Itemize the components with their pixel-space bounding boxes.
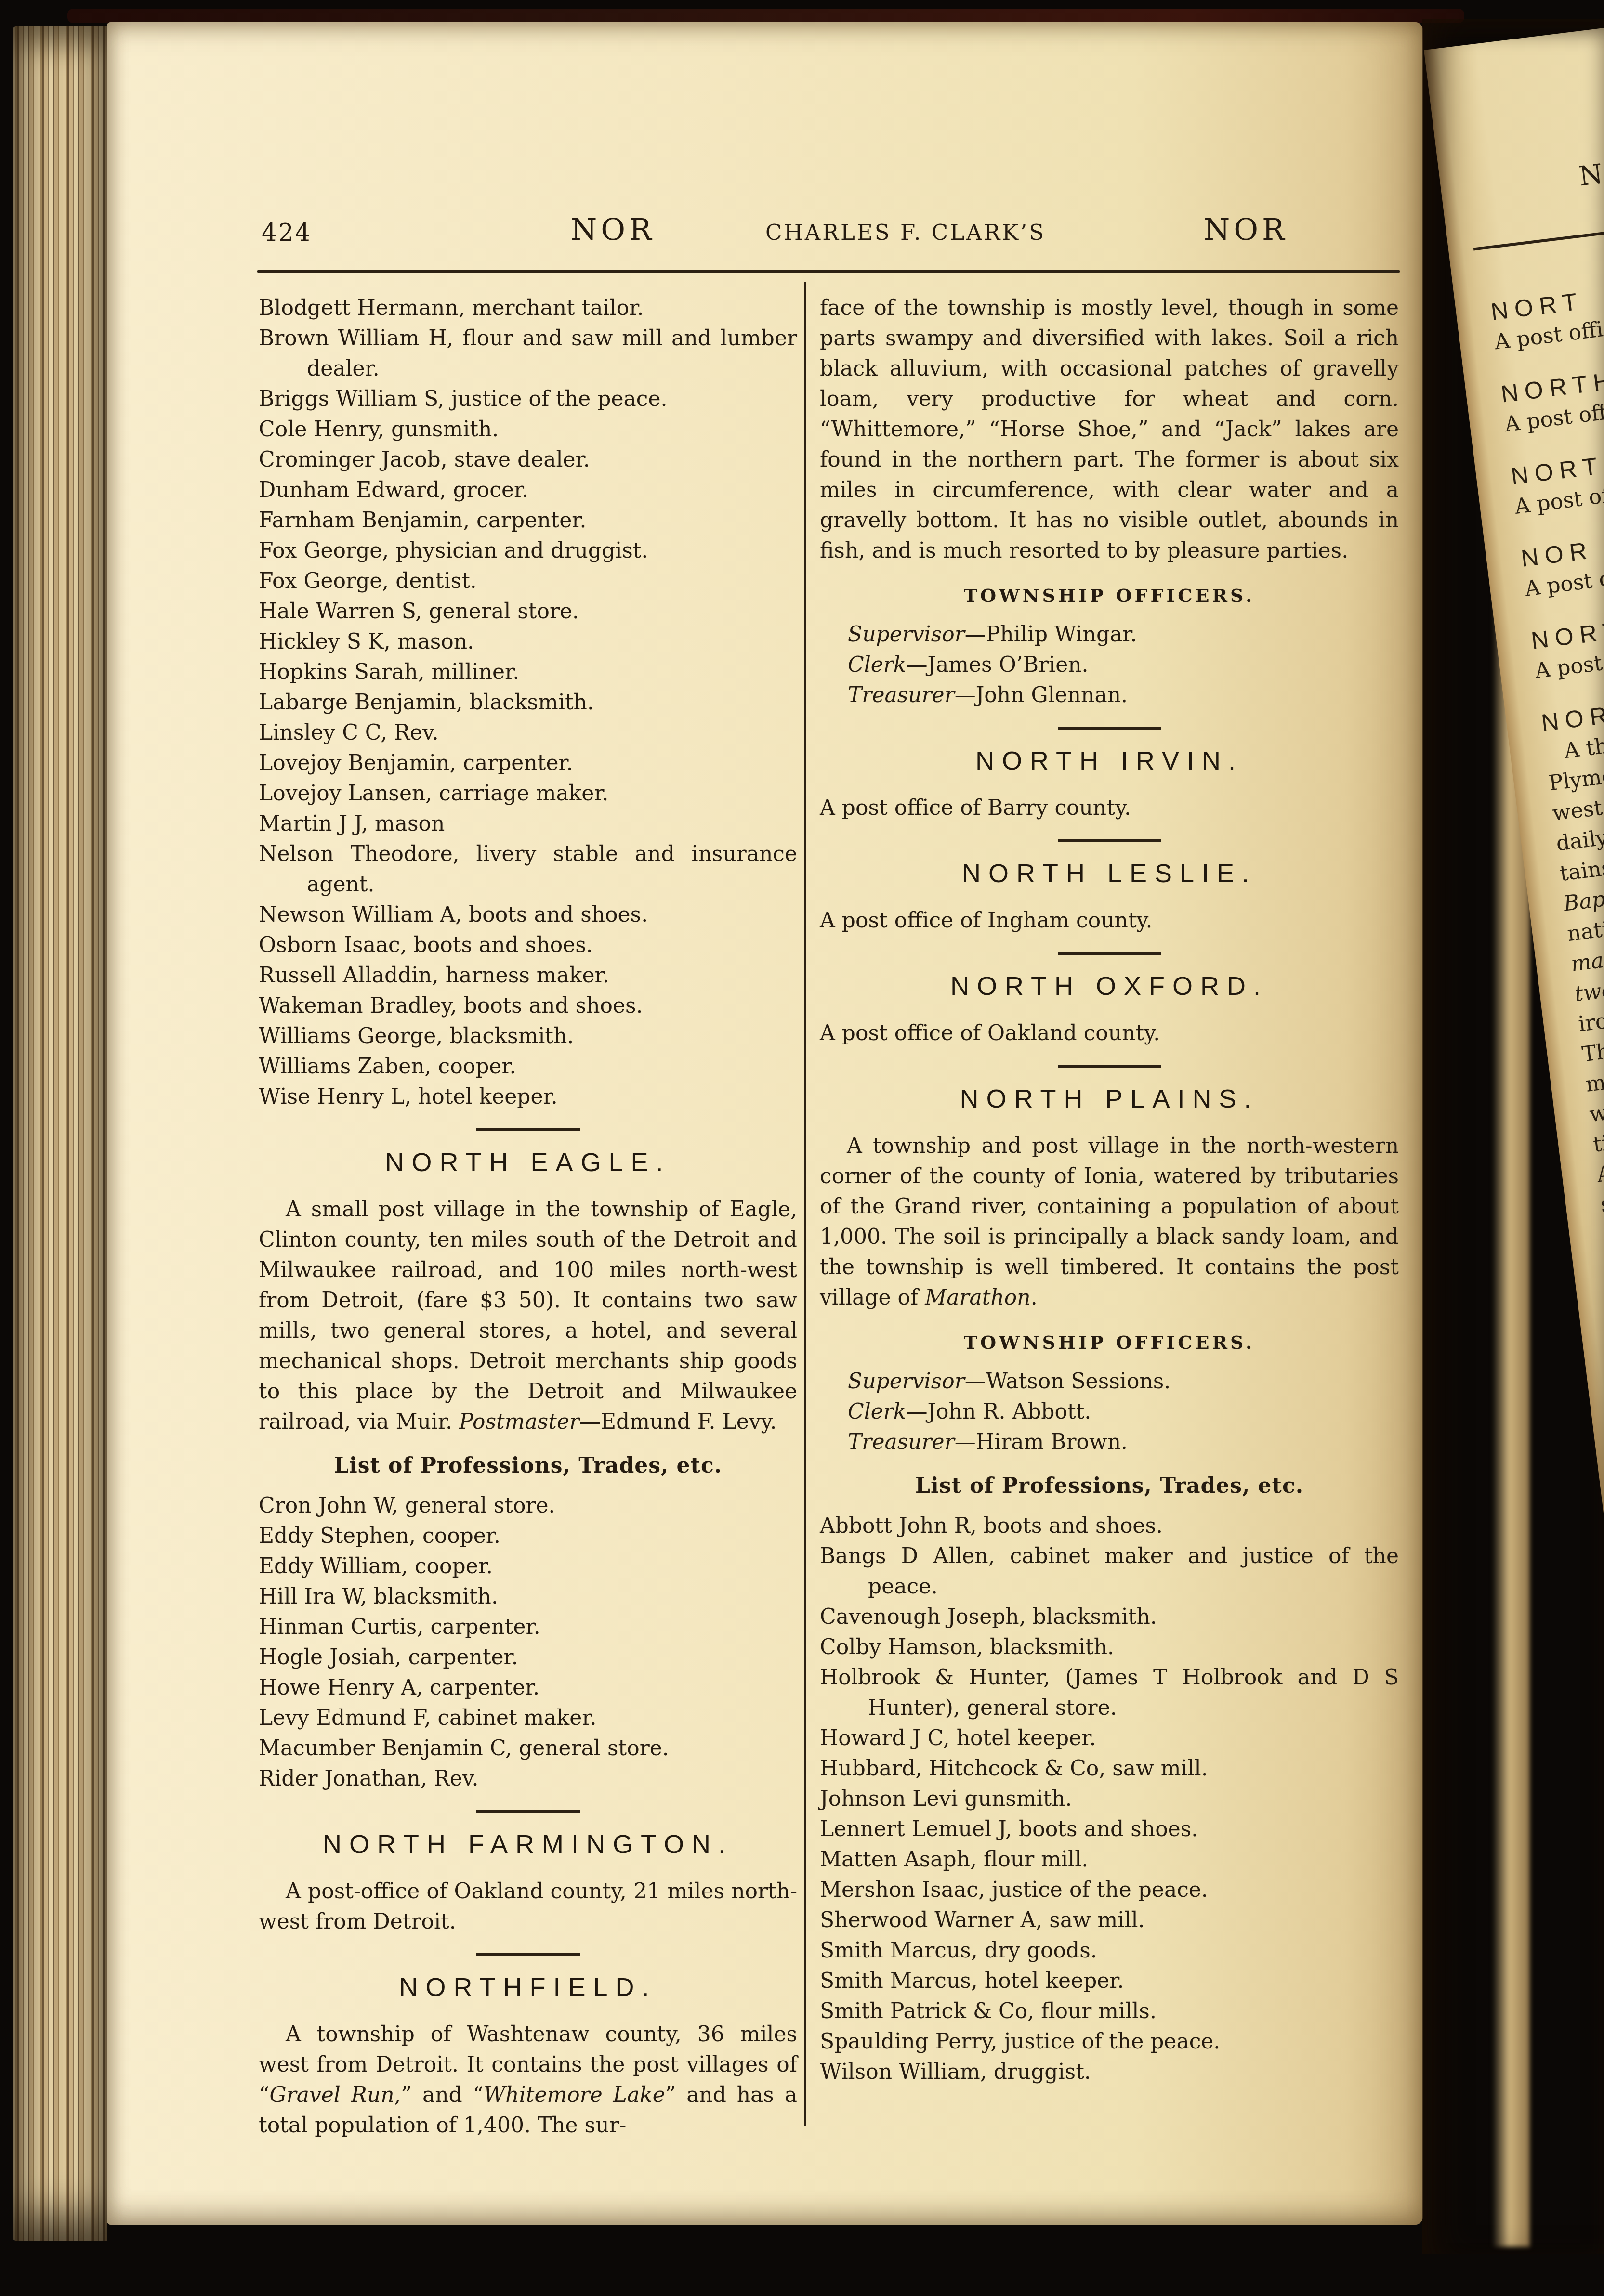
directory-entry: Hogle Josiah, carpenter.	[259, 1642, 797, 1672]
list-heading: List of Professions, Trades, etc.	[820, 1471, 1399, 1501]
scanned-book-page: 424 NOR CHARLES F. CLARK’S NOR Blodgett …	[0, 0, 1604, 2296]
section-heading-north-plains: NORTH PLAINS.	[820, 1084, 1399, 1114]
directory-entry: Levy Edmund F, cabinet maker.	[259, 1703, 797, 1733]
directory-entry: Dunham Edward, grocer.	[259, 475, 797, 505]
officer-name: —James O’Brien.	[906, 652, 1088, 677]
page-header: 424 NOR CHARLES F. CLARK’S NOR	[259, 211, 1400, 254]
directory-entry: Williams Zaben, cooper.	[259, 1051, 797, 1082]
guide-word-left: NOR	[571, 212, 656, 247]
directory-entry: Wise Henry L, hotel keeper.	[259, 1082, 797, 1112]
directory-entry: Hopkins Sarah, milliner.	[259, 657, 797, 687]
directory-entry: Hale Warren S, general store.	[259, 596, 797, 626]
directory-entry: Eddy William, cooper.	[259, 1551, 797, 1581]
section-divider	[476, 1810, 580, 1813]
directory-entry: Nelson Theodore, livery stable and insur…	[259, 839, 797, 900]
village-name-italic: Whitemore Lake	[484, 2083, 665, 2107]
book-cover-edge	[67, 9, 1464, 23]
directory-entry: Cole Henry, gunsmith.	[259, 414, 797, 444]
directory-entry: Briggs William S, justice of the peace.	[259, 384, 797, 414]
directory-entry: Osborn Isaac, boots and shoes.	[259, 930, 797, 960]
north-eagle-paragraph: A small post village in the township of …	[259, 1194, 797, 1437]
column-divider-rule	[804, 282, 806, 2126]
directory-entry: Johnson Levi gunsmith.	[820, 1784, 1399, 1814]
section-heading-north-oxford: NORTH OXFORD.	[820, 971, 1399, 1002]
north-irvin-paragraph: A post office of Barry county.	[820, 793, 1399, 823]
directory-entry: Smith Patrick & Co, flour mills.	[820, 1996, 1399, 2026]
next-page-sheet: NOR NORTA post office of INORTH RA post …	[1424, 19, 1604, 2192]
north-leslie-paragraph: A post office of Ingham county.	[820, 905, 1399, 936]
right-column: face of the township is mostly level, th…	[820, 293, 1399, 2087]
directory-entry: Lovejoy Benjamin, carpenter.	[259, 748, 797, 778]
directory-entry: Lovejoy Lansen, carriage maker.	[259, 778, 797, 809]
township-officers-list: Supervisor—Philip Wingar.Clerk—James O’B…	[820, 619, 1399, 710]
village-name-italic: Gravel Run	[270, 2083, 394, 2107]
book-title: CHARLES F. CLARK’S	[765, 220, 1046, 245]
postmaster-label: Postmaster	[459, 1409, 579, 1434]
directory-entry: Hickley S K, mason.	[259, 626, 797, 657]
directory-entry: Matten Asaph, flour mill.	[820, 1844, 1399, 1875]
next-page-sliver: NOR NORTA post office of INORTH RA post …	[1422, 19, 1604, 2254]
section-heading-north-farmington: NORTH FARMINGTON.	[259, 1829, 797, 1860]
directory-list-norvell: Blodgett Hermann, merchant tailor.Brown …	[259, 293, 797, 1112]
left-page: 424 NOR CHARLES F. CLARK’S NOR Blodgett …	[107, 22, 1423, 2225]
directory-entry: Crominger Jacob, stave dealer.	[259, 444, 797, 475]
directory-entry: Sherwood Warner A, saw mill.	[820, 1905, 1399, 1935]
officer-role: Treasurer	[848, 683, 955, 707]
binding-page-edges	[13, 26, 107, 2241]
directory-entry: Blodgett Hermann, merchant tailor.	[259, 293, 797, 323]
officer-name: —John R. Abbott.	[906, 1399, 1091, 1424]
section-divider	[1058, 727, 1161, 730]
section-heading-northfield: NORTHFIELD.	[259, 1972, 797, 2003]
north-farmington-paragraph: A post-office of Oakland county, 21 mile…	[259, 1876, 797, 1937]
directory-entry: Smith Marcus, hotel keeper.	[820, 1966, 1399, 1996]
township-officers-heading: TOWNSHIP OFFICERS.	[820, 580, 1399, 611]
officer-entry: Supervisor—Watson Sessions.	[820, 1366, 1399, 1396]
section-heading-north-irvin: NORTH IRVIN.	[820, 746, 1399, 776]
directory-entry: Wakeman Bradley, boots and shoes.	[259, 991, 797, 1021]
directory-entry: Linsley C C, Rev.	[259, 717, 797, 748]
section-divider	[476, 1953, 580, 1956]
directory-entry: Wilson William, druggist.	[820, 2057, 1399, 2087]
directory-entry: Brown William H, flour and saw mill and …	[259, 323, 797, 384]
directory-list-north-plains: Abbott John R, boots and shoes.Bangs D A…	[820, 1511, 1399, 2087]
text-segment: A small post village in the township of …	[259, 1197, 797, 1434]
directory-entry: Smith Marcus, dry goods.	[820, 1935, 1399, 1966]
postmaster-name: —Edmund F. Levy.	[579, 1409, 777, 1434]
directory-entry: Newson William A, boots and shoes.	[259, 900, 797, 930]
directory-entry: Howard J C, hotel keeper.	[820, 1723, 1399, 1753]
directory-entry: Lennert Lemuel J, boots and shoes.	[820, 1814, 1399, 1844]
directory-entry: Bangs D Allen, cabinet maker and justice…	[820, 1541, 1399, 1602]
officer-role: Supervisor	[848, 1369, 965, 1394]
directory-entry: Hill Ira W, blacksmith.	[259, 1581, 797, 1612]
village-name-italic: Marathon	[925, 1285, 1030, 1310]
northfield-paragraph: A township of Washtenaw county, 36 miles…	[259, 2019, 797, 2140]
officer-entry: Supervisor—Philip Wingar.	[820, 619, 1399, 650]
next-page-text-column: NORTA post office of INORTH RA post offi…	[1486, 236, 1604, 2023]
directory-entry: Rider Jonathan, Rev.	[259, 1763, 797, 1794]
section-heading-north-leslie: NORTH LESLIE.	[820, 859, 1399, 889]
northfield-continued-paragraph: face of the township is mostly level, th…	[820, 293, 1399, 566]
officer-entry: Clerk—John R. Abbott.	[820, 1396, 1399, 1427]
directory-entry: Martin J J, mason	[259, 809, 797, 839]
section-divider	[1058, 952, 1161, 955]
text-segment: A township and post village in the north…	[820, 1134, 1399, 1310]
directory-entry: Hubbard, Hitchcock & Co, saw mill.	[820, 1753, 1399, 1784]
township-officers-list: Supervisor—Watson Sessions.Clerk—John R.…	[820, 1366, 1399, 1457]
directory-entry: Russell Alladdin, harness maker.	[259, 960, 797, 991]
directory-entry: Macumber Benjamin C, general store.	[259, 1733, 797, 1763]
directory-entry: Williams George, blacksmith.	[259, 1021, 797, 1051]
directory-entry: Eddy Stephen, cooper.	[259, 1521, 797, 1551]
left-column: Blodgett Hermann, merchant tailor.Brown …	[259, 293, 797, 2140]
officer-entry: Treasurer—Hiram Brown.	[820, 1427, 1399, 1457]
officer-name: —John Glennan.	[955, 683, 1128, 707]
directory-entry: Abbott John R, boots and shoes.	[820, 1511, 1399, 1541]
guide-word-right: NOR	[1204, 212, 1288, 247]
next-page-guide-word: NOR	[1578, 152, 1604, 193]
header-rule	[257, 270, 1400, 273]
directory-entry: Fox George, dentist.	[259, 566, 797, 596]
directory-entry: Cavenough Joseph, blacksmith.	[820, 1602, 1399, 1632]
north-oxford-paragraph: A post office of Oakland county.	[820, 1018, 1399, 1048]
directory-entry: Spaulding Perry, justice of the peace.	[820, 2026, 1399, 2057]
directory-entry: Howe Henry A, carpenter.	[259, 1672, 797, 1703]
officer-name: —Hiram Brown.	[955, 1430, 1128, 1454]
officer-role: Clerk	[848, 1399, 906, 1424]
section-divider	[476, 1128, 580, 1131]
officer-entry: Clerk—James O’Brien.	[820, 650, 1399, 680]
north-plains-paragraph: A township and post village in the north…	[820, 1131, 1399, 1313]
list-heading: List of Professions, Trades, etc.	[259, 1450, 797, 1481]
directory-entry: Labarge Benjamin, blacksmith.	[259, 687, 797, 717]
officer-name: —Watson Sessions.	[965, 1369, 1171, 1394]
section-divider	[1058, 839, 1161, 842]
directory-entry: Colby Hamson, blacksmith.	[820, 1632, 1399, 1662]
text-segment: .	[1031, 1285, 1038, 1310]
officer-entry: Treasurer—John Glennan.	[820, 680, 1399, 710]
directory-entry: Hinman Curtis, carpenter.	[259, 1612, 797, 1642]
directory-list-north-eagle: Cron John W, general store.Eddy Stephen,…	[259, 1490, 797, 1794]
directory-entry: Mershon Isaac, justice of the peace.	[820, 1875, 1399, 1905]
township-officers-heading: TOWNSHIP OFFICERS.	[820, 1327, 1399, 1357]
next-page-header-rule	[1473, 209, 1604, 250]
text-segment: ,” and “	[394, 2083, 484, 2107]
page-number: 424	[262, 219, 312, 247]
officer-role: Treasurer	[848, 1430, 955, 1454]
officer-role: Supervisor	[848, 622, 965, 647]
directory-entry: Farnham Benjamin, carpenter.	[259, 505, 797, 535]
directory-entry: Holbrook & Hunter, (James T Holbrook and…	[820, 1662, 1399, 1723]
section-heading-north-eagle: NORTH EAGLE.	[259, 1148, 797, 1178]
directory-entry: Fox George, physician and druggist.	[259, 535, 797, 566]
directory-entry: Cron John W, general store.	[259, 1490, 797, 1521]
section-divider	[1058, 1065, 1161, 1068]
officer-name: —Philip Wingar.	[965, 622, 1137, 647]
officer-role: Clerk	[848, 652, 906, 677]
